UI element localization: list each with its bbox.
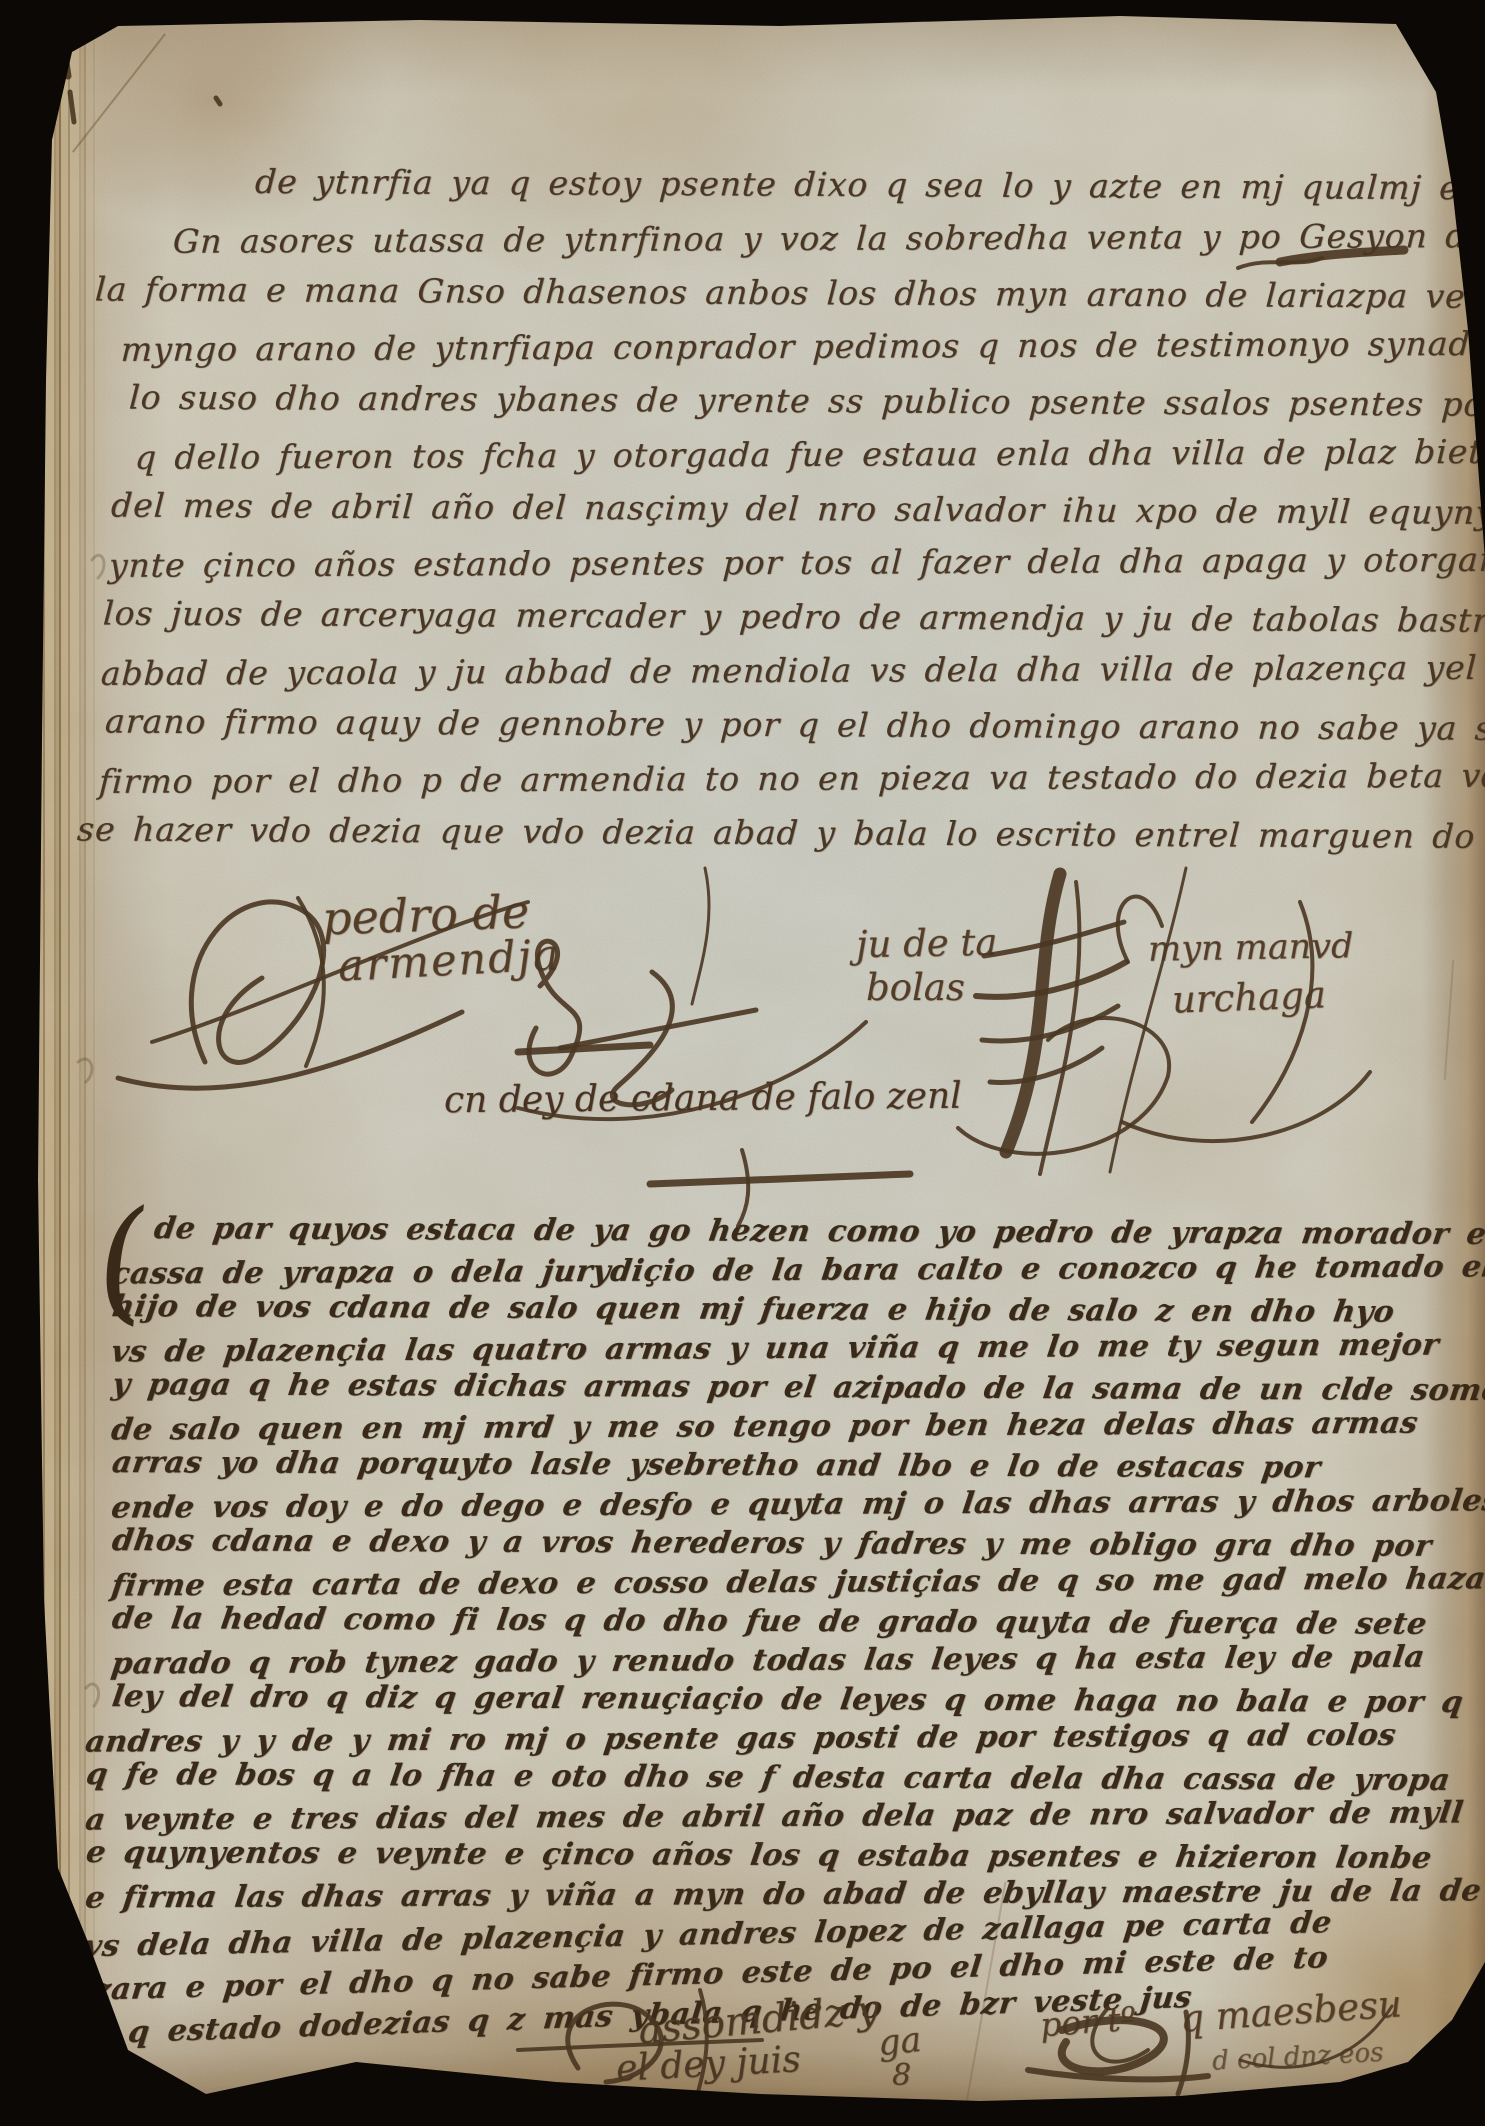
manuscript-text-line: firme esta carta de dexo e cosso delas j… [109,1559,1460,1605]
scanned-manuscript: de ytnrfia ya q estoy psente dixo q sea … [0,0,1485,2126]
manuscript-text-line: de salo quen en mj mrd y me so tengo por… [109,1403,1460,1449]
manuscript-text-line: Gn asores utassa de ytnrfinoa y voz la s… [172,209,1432,268]
signature-martin-urchaga-line1: myn manvd [1148,926,1354,970]
rubric-dark-crosshatch [958,874,1169,1174]
manuscript-text-line: a veynte e tres dias del mes de abril añ… [83,1793,1460,1839]
manuscript-text-line: cassa de yrapza o dela jurydiçio de la b… [109,1247,1460,1293]
rubric-right-urchaga [1110,868,1370,1172]
manuscript-text-line: hijo de vos cdana de salo quen mj fuerza… [110,1287,1460,1332]
manuscript-text-line: y paga q he estas dichas armas por el az… [110,1365,1460,1410]
manuscript-text-line: firmo por el dho p de armendia to no en … [98,749,1432,809]
manuscript-text-line: ynte çinco años estando psentes por tos … [108,533,1432,593]
manuscript-text-line: e quynyentos e veynte e çinco años los q… [84,1833,1460,1878]
manuscript-text-line: dhos cdana e dexo y a vros herederos y f… [110,1521,1460,1566]
manuscript-text-line: se hazer vdo dezia que vdo dezia abad y … [76,802,1432,863]
signature-juan-de-tabolas-line1: ju de ta [856,921,998,966]
bottom-signature-por-testigo: por tº [1039,1999,1138,2045]
lower-act-text-block: de par quyos estaca de ya go hezen como … [112,1212,1457,2031]
manuscript-text-line: la forma e mana Gnso dhasenos anbos los … [94,263,1432,324]
manuscript-text-line: q dello fueron tos fcha y otorgada fue e… [134,425,1432,485]
attestation-cross-mark [518,1045,910,1226]
manuscript-text-line: q fe de bos q a lo fha e oto dho se f de… [84,1755,1460,1800]
manuscript-text-line: vs de plazençia las quatro armas y una v… [109,1325,1460,1371]
signature-pedro-de-armendia-line2: armendja [337,930,562,992]
manuscript-text-line: arano firmo aquy de gennobre y por q el … [104,695,1432,756]
attestation-line: cn dey de cdana de falo zenl [444,1076,962,1122]
manuscript-text-line: los juos de arceryaga mercader y pedro d… [102,587,1432,648]
manuscript-text-line: ley del dro q diz q geral renuçiaçio de … [110,1677,1460,1722]
manuscript-text-line: ende vos doy e do dego e desfo e quyta m… [109,1481,1460,1527]
manuscript-text-line: abbad de ycaola y ju abbad de mendiola v… [100,641,1432,701]
manuscript-text-line: arras yo dha porquyto lasle ysebretho an… [110,1443,1460,1488]
manuscript-text-line: de ytnrfia ya q estoy psente dixo q sea … [254,155,1432,215]
manuscript-text-line: de par quyos estaca de ya go hezen como … [152,1209,1460,1254]
signature-juan-de-tabolas-line2: bolas [866,966,965,1009]
manuscript-text-line: del mes de abril año del nasçimy del nro… [110,479,1432,540]
upper-act-text-block: de ytnrfia ya q estoy psente dixo q sea … [95,158,1430,860]
bottom-signature-mark-8: 8 [892,2058,911,2093]
signature-martin-urchaga-line2: urchaga [1171,973,1326,1021]
manuscript-text-line: lo suso dho andres ybanes de yrente ss p… [128,371,1432,432]
manuscript-text-line: andres y y de y mi ro mj o psente gas po… [83,1715,1460,1761]
manuscript-text-line: de la hedad como fi los q do dho fue de … [110,1599,1460,1644]
manuscript-page: de ytnrfia ya q estoy psente dixo q sea … [0,0,1485,2126]
manuscript-text-line: parado q rob tynez gado y renudo todas l… [109,1637,1460,1683]
manuscript-text-line: myngo arano de ytnrfiapa conprador pedim… [120,317,1432,377]
